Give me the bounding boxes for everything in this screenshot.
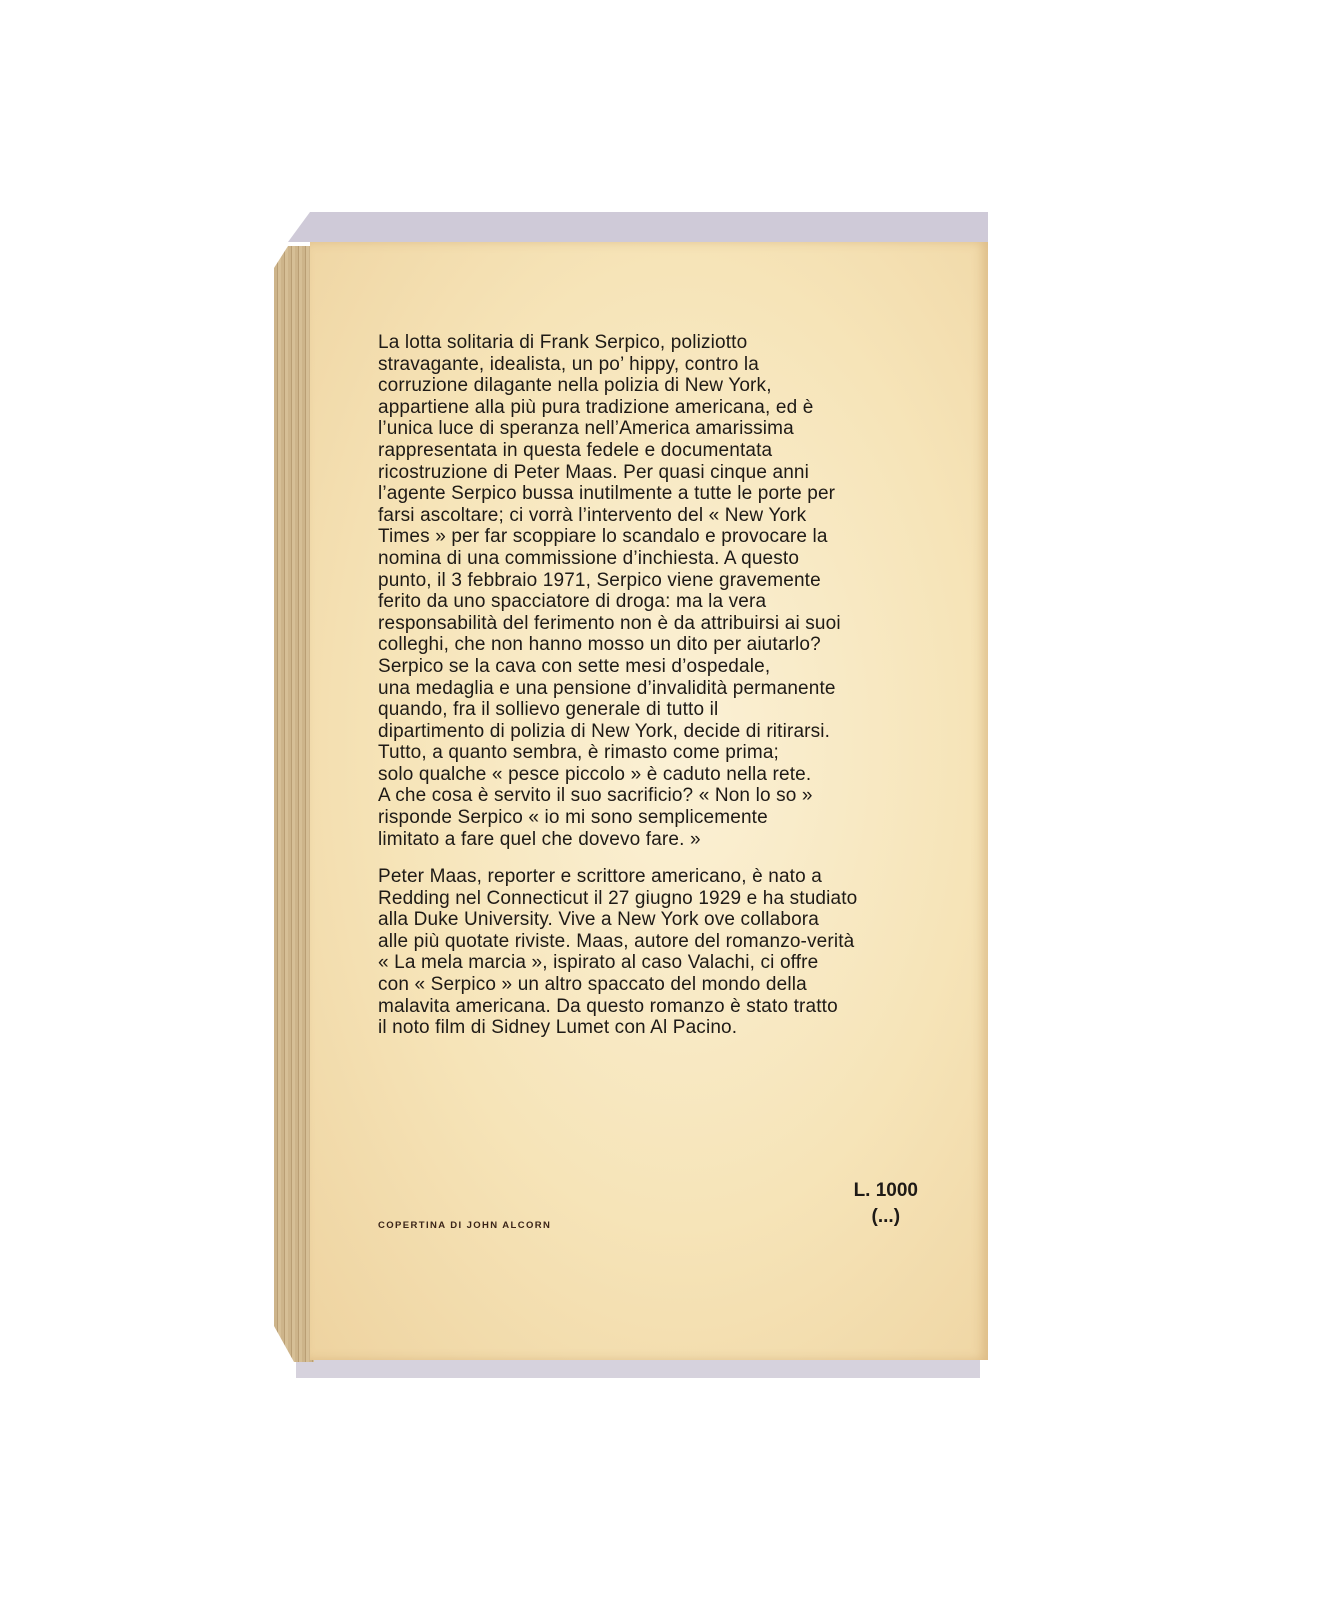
text-line: con « Serpico » un altro spaccato del mo…: [378, 974, 918, 996]
text-line: responsabilità del ferimento non è da at…: [378, 613, 918, 635]
text-line: Peter Maas, reporter e scrittore america…: [378, 866, 918, 888]
text-line: l’unica luce di speranza nell’America am…: [378, 418, 918, 440]
text-line: Redding nel Connecticut il 27 giugno 192…: [378, 888, 918, 910]
text-line: colleghi, che non hanno mosso un dito pe…: [378, 634, 918, 656]
text-line: Tutto, a quanto sembra, è rimasto come p…: [378, 742, 918, 764]
price-block: L. 1000 (...): [854, 1178, 918, 1230]
text-line: alle più quotate riviste. Maas, autore d…: [378, 931, 918, 953]
text-line: corruzione dilagante nella polizia di Ne…: [378, 375, 918, 397]
text-line: risponde Serpico « io mi sono sempliceme…: [378, 807, 918, 829]
text-line: Serpico se la cava con sette mesi d’ospe…: [378, 656, 918, 678]
text-line: il noto film di Sidney Lumet con Al Paci…: [378, 1017, 918, 1039]
text-line: limitato a fare quel che dovevo fare. »: [378, 829, 918, 851]
text-line: La lotta solitaria di Frank Serpico, pol…: [378, 332, 918, 354]
text-line: alla Duke University. Vive a New York ov…: [378, 909, 918, 931]
book-shadow-bottom: [296, 1360, 980, 1378]
cover-credit: COPERTINA DI JOHN ALCORN: [378, 1220, 551, 1231]
price-label: L. 1000: [854, 1178, 918, 1204]
text-line: appartiene alla più pura tradizione amer…: [378, 397, 918, 419]
text-line: nomina di una commissione d’inchiesta. A…: [378, 548, 918, 570]
text-line: Times » per far scoppiare lo scandalo e …: [378, 526, 918, 548]
text-line: una medaglia e una pensione d’invalidità…: [378, 678, 918, 700]
text-line: « La mela marcia », ispirato al caso Val…: [378, 952, 918, 974]
text-line: stravagante, idealista, un po’ hippy, co…: [378, 354, 918, 376]
text-line: ricostruzione di Peter Maas. Per quasi c…: [378, 462, 918, 484]
author-bio-paragraph: Peter Maas, reporter e scrittore america…: [378, 866, 918, 1039]
text-line: l’agente Serpico bussa inutilmente a tut…: [378, 483, 918, 505]
text-line: quando, fra il sollievo generale di tutt…: [378, 699, 918, 721]
text-line: dipartimento di polizia di New York, dec…: [378, 721, 918, 743]
book-shadow-top: [288, 212, 988, 242]
text-line: rappresentata in questa fedele e documen…: [378, 440, 918, 462]
text-line: punto, il 3 febbraio 1971, Serpico viene…: [378, 570, 918, 592]
text-line: solo qualche « pesce piccolo » è caduto …: [378, 764, 918, 786]
text-line: farsi ascoltare; ci vorrà l’intervento d…: [378, 505, 918, 527]
text-line: A che cosa è servito il suo sacrificio? …: [378, 785, 918, 807]
synopsis-paragraph: La lotta solitaria di Frank Serpico, pol…: [378, 332, 918, 850]
text-line: ferito da uno spacciatore di droga: ma l…: [378, 591, 918, 613]
text-line: malavita americana. Da questo romanzo è …: [378, 996, 918, 1018]
book-page-edges: [274, 246, 314, 1362]
price-note: (...): [854, 1204, 918, 1230]
